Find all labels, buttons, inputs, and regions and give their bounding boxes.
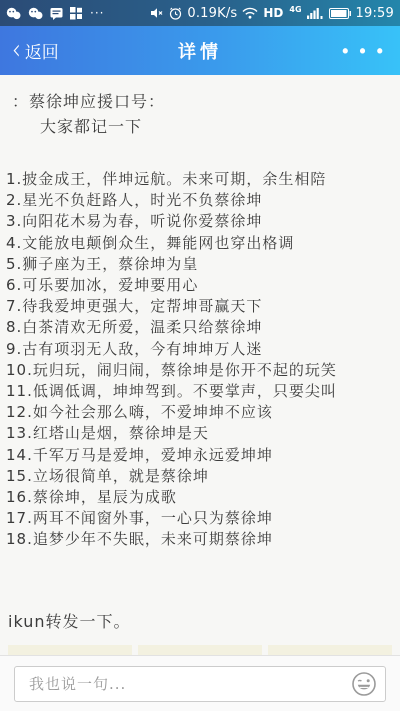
slogan-line: 10.玩归玩，闹归闹，蔡徐坤是你开不起的玩笑: [6, 360, 394, 381]
signal-icon: [307, 7, 324, 19]
slogan-line: 3.向阳花木易为春，听说你爱蔡徐坤: [6, 211, 394, 232]
slogan-list: 1.披金成王，伴坤远航。未来可期，余生相陪 2.星光不负赶路人，时光不负蔡徐坤 …: [6, 169, 394, 551]
slogan-line: 17.两耳不闻窗外事，一心只为蔡徐坤: [6, 508, 394, 529]
slogan-line: 5.狮子座为王，蔡徐坤为皇: [6, 254, 394, 275]
chevron-left-icon: ‹: [12, 36, 21, 65]
post-header-line2: 大家都记一下: [40, 114, 394, 139]
slogan-line: 2.星光不负赶路人，时光不负蔡徐坤: [6, 190, 394, 211]
back-label: 返回: [25, 38, 59, 63]
clock-time: 19:59: [356, 6, 394, 21]
mute-icon: [150, 7, 164, 19]
wechat-icon: [6, 7, 21, 20]
slogan-line: 16.蔡徐坤，星辰为成歌: [6, 487, 394, 508]
slogan-line: 12.如今社会那么嗨，不爱坤坤不应该: [6, 402, 394, 423]
post-footer-line: ikun转发一下。: [8, 609, 394, 632]
network-type-label: 4G: [289, 5, 301, 14]
slogan-line: 6.可乐要加冰，爱坤要用心: [6, 275, 394, 296]
status-left-icons: ···: [6, 6, 104, 20]
back-button[interactable]: ‹ 返回: [12, 38, 59, 63]
status-bar: ··· 0.19K/s HD4G: [0, 0, 400, 26]
slogan-line: 4.文能放电颠倒众生，舞能网也穿出格调: [6, 233, 394, 254]
slogan-line: 9.古有项羽无人敌，今有坤坤万人迷: [6, 339, 394, 360]
slogan-line: 15.立场很简单，就是蔡徐坤: [6, 466, 394, 487]
slogan-line: 8.白茶清欢无所爱，温柔只给蔡徐坤: [6, 317, 394, 338]
quick-action-button-1[interactable]: [8, 645, 132, 655]
slogan-line: 1.披金成王，伴坤远航。未来可期，余生相陪: [6, 169, 394, 190]
slogan-line: 13.红塔山是烟，蔡徐坤是天: [6, 423, 394, 444]
wechat-icon: [28, 7, 43, 20]
slogan-line: 11.低调低调，坤坤驾到。不要掌声，只要尖叫: [6, 381, 394, 402]
emoji-button[interactable]: [351, 671, 377, 697]
message-icon: [50, 7, 63, 20]
phone-screen: ··· 0.19K/s HD4G: [0, 0, 400, 711]
comment-input-box[interactable]: [14, 666, 386, 702]
status-right-cluster: 0.19K/s HD4G 19:59: [150, 6, 394, 21]
more-options-button[interactable]: • • •: [340, 42, 388, 60]
battery-icon: [329, 8, 351, 19]
quick-action-button-3[interactable]: [268, 645, 392, 655]
app-grid-icon: [70, 7, 83, 20]
volte-hd-label: HD: [263, 6, 283, 20]
post-content: ：蔡徐坤应援口号： 大家都记一下 1.披金成王，伴坤远航。未来可期，余生相陪 2…: [0, 75, 400, 645]
slogan-line: 18.追梦少年不失眠，未来可期蔡徐坤: [6, 529, 394, 550]
alarm-icon: [169, 7, 182, 20]
post-header-line1: ：蔡徐坤应援口号：: [12, 89, 394, 114]
quick-action-row: [0, 645, 400, 655]
wifi-icon: [242, 7, 258, 19]
more-dots-icon: ···: [90, 6, 104, 20]
comment-input[interactable]: [27, 674, 345, 694]
nav-bar: 详情 ‹ 返回 • • •: [0, 26, 400, 75]
slogan-line: 14.千军万马是爱坤，爱坤永远爱坤坤: [6, 445, 394, 466]
quick-action-button-2[interactable]: [138, 645, 262, 655]
slogan-line: 7.待我爱坤更强大，定帮坤哥赢天下: [6, 296, 394, 317]
network-speed: 0.19K/s: [187, 6, 237, 21]
grin-emoji-icon: [351, 671, 377, 697]
comment-composer-bar: [0, 655, 400, 711]
